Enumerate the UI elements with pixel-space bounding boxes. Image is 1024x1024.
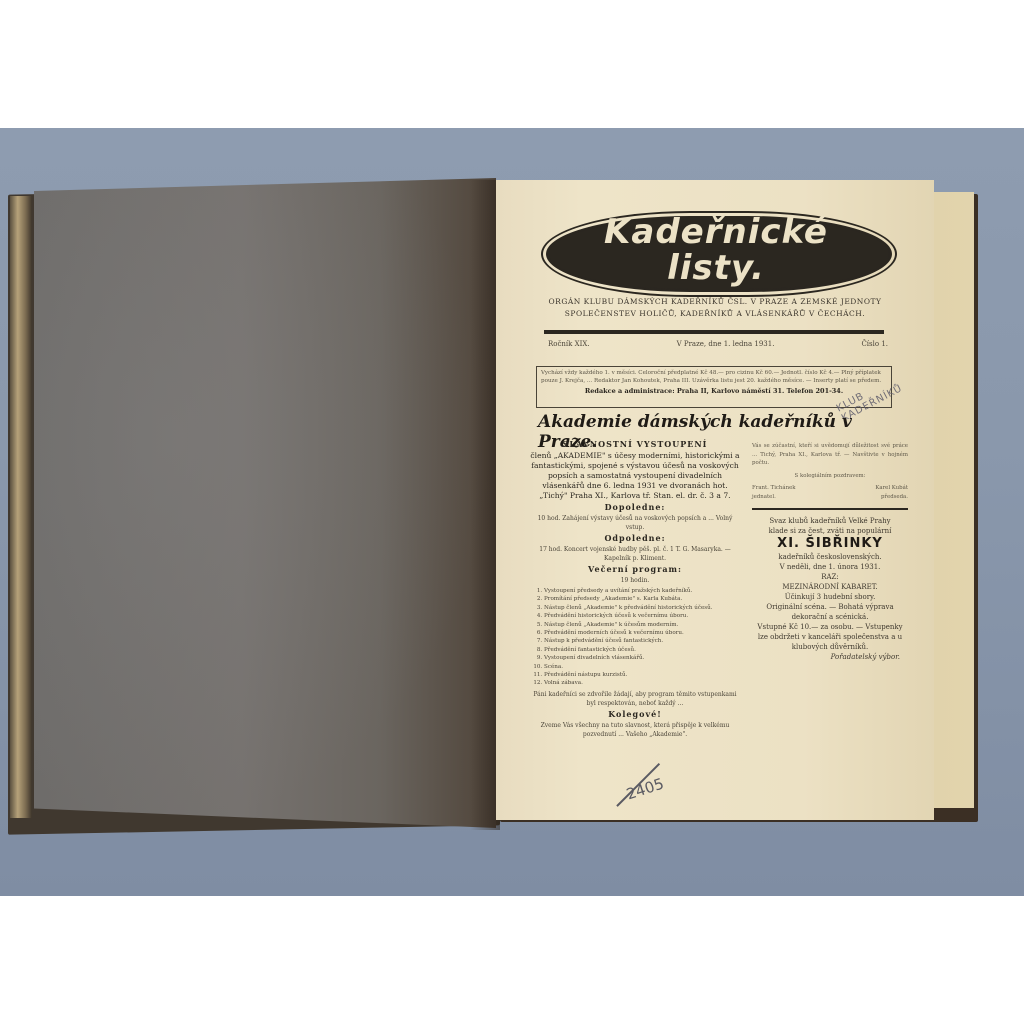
program-item: Předvádění moderních účesů k večernímu ú… [544, 629, 740, 637]
program-item: Předvádění historických účesů k večerním… [544, 612, 740, 620]
colleagues-heading: Kolegové! [530, 710, 740, 719]
program-item: Volná zábava. [544, 679, 740, 687]
signatures: Frant. Tichánek jednatel. Karel Kubát př… [752, 484, 908, 501]
morning-heading: Dopoledne: [530, 503, 740, 512]
program-item: Předvádění fantastických účesů. [544, 646, 740, 654]
volume: Ročník XIX. [548, 340, 590, 348]
endpaper-page [34, 178, 496, 828]
evening-heading: Večerní program: [530, 565, 740, 574]
program-item: Vystoupení divadelních vlásenkářů. [544, 654, 740, 662]
signer-right-role: předseda. [875, 493, 908, 502]
right-column: Vás se zúčastní, kteří si uvědomují důle… [752, 442, 908, 662]
ad-signature: Pořadatelský výbor. [752, 652, 908, 662]
program-item: Scéna. [544, 663, 740, 671]
signer-left-role: jednatel. [752, 493, 796, 502]
right-column-text: Vás se zúčastní, kteří si uvědomují důle… [752, 442, 908, 468]
masthead-subtitle: ORGÁN KLUBU DÁMSKÝCH KADEŘNÍKŮ ČSL. V PR… [496, 296, 934, 320]
issue-number: Číslo 1. [861, 340, 888, 348]
signer-left-name: Frant. Tichánek [752, 484, 796, 493]
dateline: V Praze, dne 1. ledna 1931. [677, 340, 775, 348]
masthead-rule [544, 330, 884, 334]
program-item: Nástup členů „Akademie" k předvádění his… [544, 604, 740, 612]
editorial-address: Redakce a administrace: Praha II, Karlov… [541, 387, 887, 395]
magazine-page: Kadeřnické listy. ORGÁN KLUBU DÁMSKÝCH K… [496, 180, 934, 820]
column-divider [752, 508, 908, 510]
signer-right-name: Karel Kubát [875, 484, 908, 493]
program-heading: SLAVNOSTNÍ VYSTOUPENÍ [530, 440, 740, 449]
ad-title: XI. ŠIBŘINKY [752, 536, 908, 552]
program-item: Nástup členů „Akademie" k účesům moderní… [544, 621, 740, 629]
ball-advertisement: Svaz klubů kadeřníků Velké Prahy klade s… [752, 516, 908, 662]
program-item: Vystoupení předsedy a uvítání pražských … [544, 587, 740, 595]
program-item: Promítání předsedy „Akademie" s. Karla K… [544, 595, 740, 603]
greeting: S kolegiálním pozdravem: [752, 472, 908, 481]
program-lead: členů „AKADEMIE" s účesy moderními, hist… [530, 451, 740, 501]
afternoon-heading: Odpoledne: [530, 534, 740, 543]
masthead: Kadeřnické listy. [526, 208, 906, 308]
issue-info: Ročník XIX. V Praze, dne 1. ledna 1931. … [548, 340, 888, 348]
closing-note: Páni kadeřníci se zdvořile žádají, aby p… [530, 690, 740, 708]
colleagues-text: Zveme Vás všechny na tuto slavnost, kter… [530, 721, 740, 739]
masthead-title: Kadeřnické listy. [546, 214, 886, 286]
evening-program-list: Vystoupení předsedy a uvítání pražských … [544, 587, 740, 688]
program-item: Nástup k předvádění účesů fantastických. [544, 637, 740, 645]
program-column: SLAVNOSTNÍ VYSTOUPENÍ členů „AKADEMIE" s… [530, 438, 740, 739]
program-item: Předvádění nástupu kurzistů. [544, 671, 740, 679]
pencil-number: 2405 [624, 775, 666, 804]
book-edge-left [10, 196, 32, 818]
